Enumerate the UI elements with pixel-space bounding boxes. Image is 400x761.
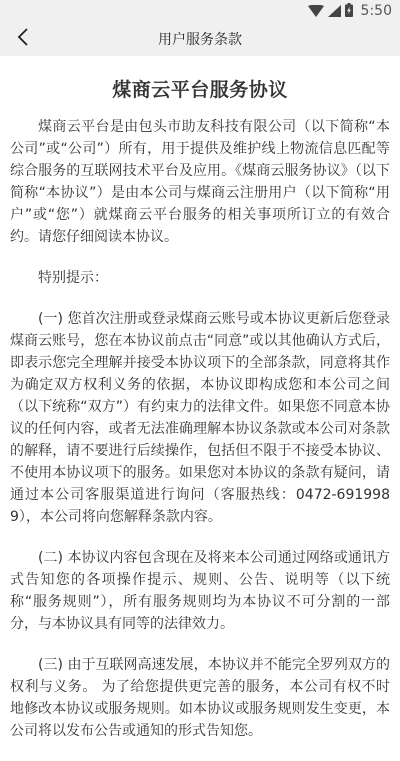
back-button[interactable] xyxy=(10,26,36,52)
cellular-signal-icon xyxy=(328,2,341,21)
agreement-content: 煤商云平台服务协议 煤商云平台是由包头市助友科技有限公司（以下简称“本公司”或“… xyxy=(0,56,400,711)
status-bar: 5:50 xyxy=(0,0,400,22)
status-time: 5:50 xyxy=(361,3,392,19)
nav-bar: 用户服务条款 xyxy=(0,22,400,56)
intro-paragraph: 煤商云平台是由包头市助友科技有限公司（以下简称“本公司”或“公司”）所有，用于提… xyxy=(10,116,390,248)
battery-charging-icon xyxy=(345,2,353,21)
wifi-icon xyxy=(308,2,324,21)
chevron-left-icon xyxy=(17,28,29,50)
document-title: 煤商云平台服务协议 xyxy=(10,75,390,102)
page-title: 用户服务条款 xyxy=(158,29,242,49)
special-notice-heading: 特别提示： xyxy=(10,267,390,289)
clause-2-paragraph: (二) 本协议内容包含现在及将来本公司通过网络或通讯方式告知您的各项操作提示、规… xyxy=(10,547,390,635)
clause-1-paragraph: (一) 您首次注册或登录煤商云账号或本协议更新后您登录煤商云账号，您在本协议前点… xyxy=(10,308,390,528)
status-icons: 5:50 xyxy=(308,2,392,21)
clause-3-paragraph: (三) 由于互联网高速发展，本协议并不能完全罗列双方的权利与义务。 为了给您提供… xyxy=(10,654,390,711)
